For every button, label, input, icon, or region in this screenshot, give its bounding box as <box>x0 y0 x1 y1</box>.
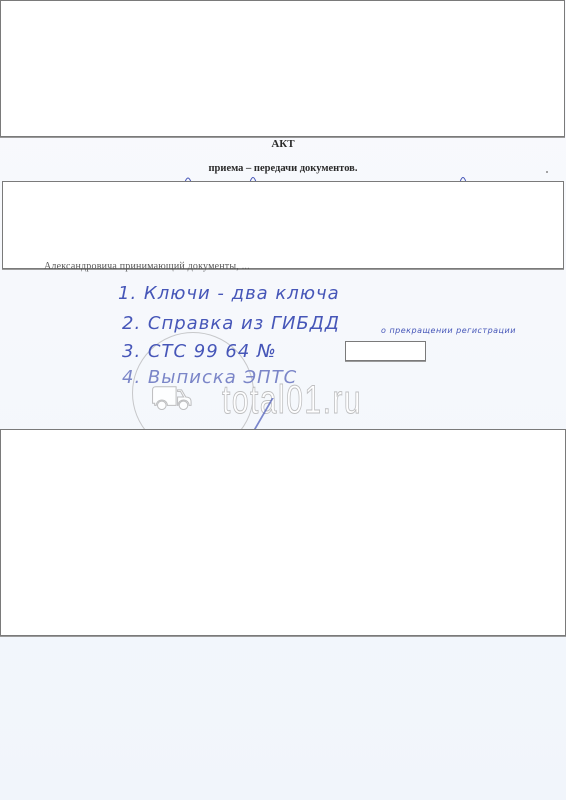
printed-text-fragment: Александровича принимающий документы, ..… <box>44 261 250 272</box>
list-item-1: 1. Ключи - два ключа <box>118 283 340 304</box>
redaction-signatures-block <box>0 429 566 636</box>
scanned-page: АКТ приема – передачи документов. Алекса… <box>0 0 566 800</box>
item-number: 3. <box>122 341 141 362</box>
scan-speck <box>546 171 548 173</box>
item-number: 4. <box>122 367 141 388</box>
document-title: АКТ <box>0 138 566 150</box>
item-text: Ключи - два ключа <box>144 283 340 304</box>
item-number: 2. <box>122 313 141 334</box>
redaction-document-number <box>345 341 426 361</box>
item-number: 1. <box>118 283 137 304</box>
item-text: СТС 99 64 № <box>148 341 277 362</box>
item-2-note: о прекращении регистрации <box>381 326 516 335</box>
redaction-parties-block <box>2 181 564 269</box>
item-text: Справка из ГИБДД <box>148 313 340 334</box>
list-item-2: 2. Справка из ГИБДД <box>122 313 340 334</box>
list-item-3: 3. СТС 99 64 № <box>122 341 277 362</box>
redaction-header-block <box>0 0 565 137</box>
